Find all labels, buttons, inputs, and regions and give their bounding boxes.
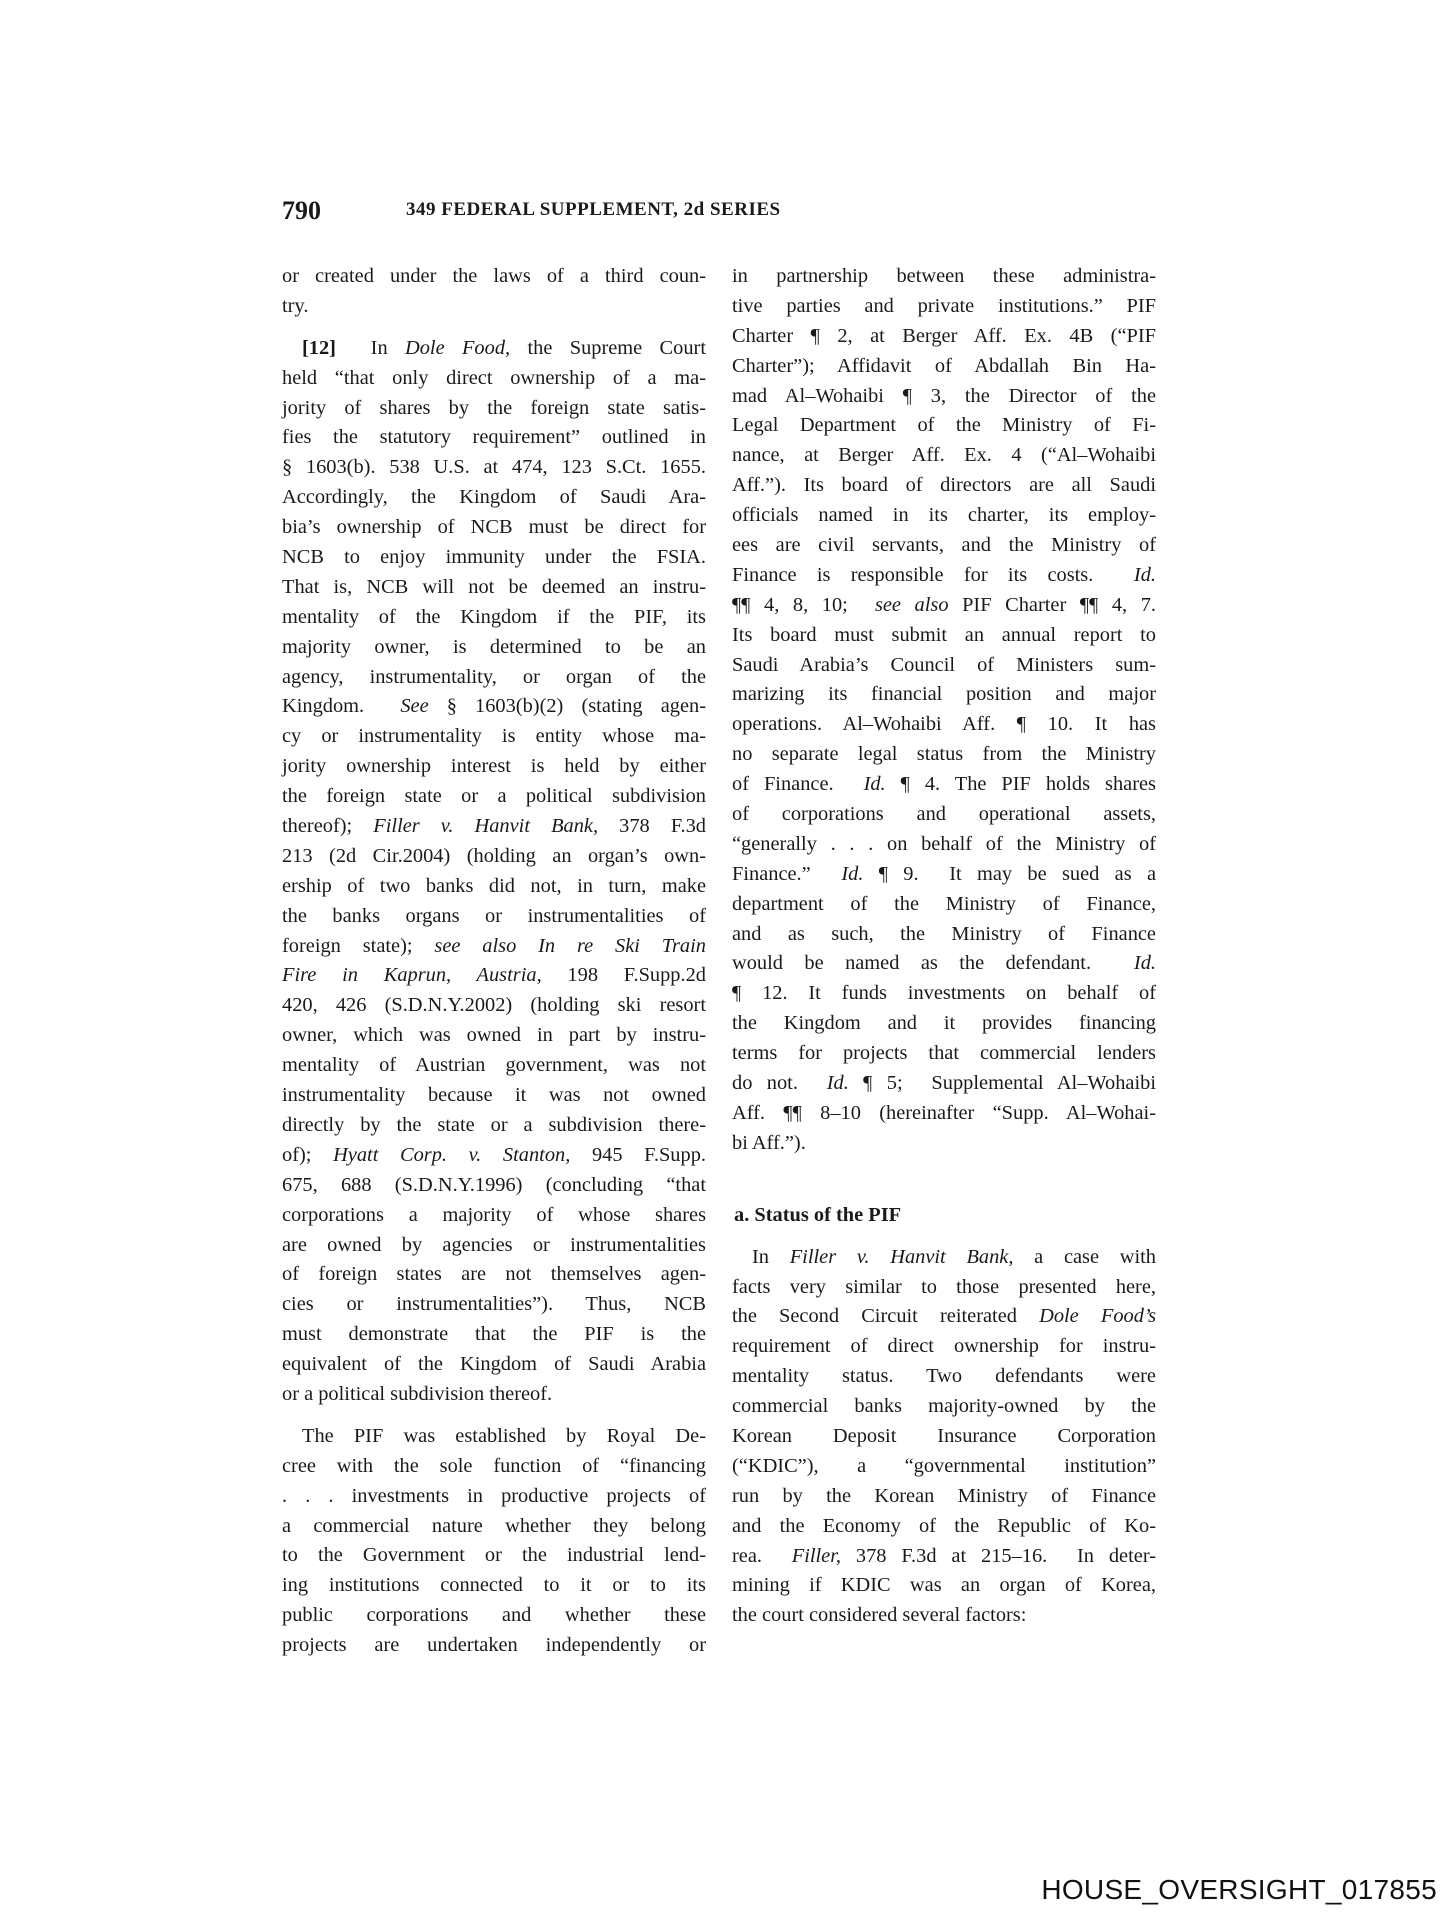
text-line: officials named in its charter, its empl…: [732, 501, 1156, 531]
page-number: 790: [282, 196, 321, 226]
text-line: 675, 688 (S.D.N.Y.1996) (concluding “tha…: [282, 1171, 706, 1201]
text-line: must demonstrate that the PIF is the: [282, 1320, 706, 1350]
text-line: of corporations and operational assets,: [732, 800, 1156, 830]
text-line: of Finance. Id. ¶ 4. The PIF holds share…: [732, 770, 1156, 800]
text-line: ees are civil servants, and the Ministry…: [732, 531, 1156, 561]
text-line: Charter ¶ 2, at Berger Aff. Ex. 4B (“PIF: [732, 322, 1156, 352]
bates-number: HOUSE_OVERSIGHT_017855: [1041, 1874, 1437, 1906]
text-line: Kingdom. See § 1603(b)(2) (stating agen-: [282, 692, 706, 722]
text-line: In Filler v. Hanvit Bank, a case with: [732, 1243, 1156, 1273]
text-line: no separate legal status from the Minist…: [732, 740, 1156, 770]
text-line: (“KDIC”), a “governmental institution”: [732, 1452, 1156, 1482]
text-line: That is, NCB will not be deemed an instr…: [282, 573, 706, 603]
text-line: Legal Department of the Ministry of Fi-: [732, 411, 1156, 441]
text-line: mad Al–Wohaibi ¶ 3, the Director of the: [732, 382, 1156, 412]
text-line: or created under the laws of a third cou…: [282, 262, 706, 292]
text-line: instrumentality because it was not owned: [282, 1081, 706, 1111]
text-line: directly by the state or a subdivision t…: [282, 1111, 706, 1141]
text-line: tive parties and private institutions.” …: [732, 292, 1156, 322]
text-line: would be named as the defendant. Id.: [732, 949, 1156, 979]
text-line: 213 (2d Cir.2004) (holding an organ’s ow…: [282, 842, 706, 872]
text-line: facts very similar to those presented he…: [732, 1273, 1156, 1303]
text-line: Aff. ¶¶ 8–10 (hereinafter “Supp. Al–Woha…: [732, 1099, 1156, 1129]
text-line: mentality of Austrian government, was no…: [282, 1051, 706, 1081]
text-line: mentality status. Two defendants were: [732, 1362, 1156, 1392]
text-line: ership of two banks did not, in turn, ma…: [282, 872, 706, 902]
text-line: ¶ 12. It funds investments on behalf of: [732, 979, 1156, 1009]
section-heading: a. Status of the PIF: [732, 1201, 1156, 1231]
text-line: Korean Deposit Insurance Corporation: [732, 1422, 1156, 1452]
text-line: department of the Ministry of Finance,: [732, 890, 1156, 920]
text-line: mentality of the Kingdom if the PIF, its: [282, 603, 706, 633]
text-line: run by the Korean Ministry of Finance: [732, 1482, 1156, 1512]
paragraph-gap: [282, 1410, 706, 1422]
text-line: the Kingdom and it provides financing: [732, 1009, 1156, 1039]
text-line: of foreign states are not themselves age…: [282, 1260, 706, 1290]
text-line: the Second Circuit reiterated Dole Food’…: [732, 1302, 1156, 1332]
text-line: cy or instrumentality is entity whose ma…: [282, 722, 706, 752]
text-line: public corporations and whether these: [282, 1601, 706, 1631]
text-line: bia’s ownership of NCB must be direct fo…: [282, 513, 706, 543]
text-line: do not. Id. ¶ 5; Supplemental Al–Wohaibi: [732, 1069, 1156, 1099]
text-line: ing institutions connected to it or to i…: [282, 1571, 706, 1601]
heading-gap: [732, 1159, 1156, 1201]
text-line: fies the statutory requirement” outlined…: [282, 423, 706, 453]
text-line: to the Government or the industrial lend…: [282, 1541, 706, 1571]
text-line: jority of shares by the foreign state sa…: [282, 394, 706, 424]
text-line: projects are undertaken independently or: [282, 1631, 706, 1661]
text-line: and as such, the Ministry of Finance: [732, 920, 1156, 950]
text-line: operations. Al–Wohaibi Aff. ¶ 10. It has: [732, 710, 1156, 740]
text-line: nance, at Berger Aff. Ex. 4 (“Al–Wohaibi: [732, 441, 1156, 471]
text-line: foreign state); see also In re Ski Train: [282, 932, 706, 962]
text-line: Fire in Kaprun, Austria, 198 F.Supp.2d: [282, 961, 706, 991]
text-line: and the Economy of the Republic of Ko-: [732, 1512, 1156, 1542]
text-line: Finance.” Id. ¶ 9. It may be sued as a: [732, 860, 1156, 890]
text-line: the court considered several factors:: [732, 1601, 1156, 1631]
text-line: marizing its financial position and majo…: [732, 680, 1156, 710]
text-line: majority owner, is determined to be an: [282, 633, 706, 663]
text-line: agency, instrumentality, or organ of the: [282, 663, 706, 693]
text-line: § 1603(b). 538 U.S. at 474, 123 S.Ct. 16…: [282, 453, 706, 483]
text-line: the foreign state or a political subdivi…: [282, 782, 706, 812]
text-line: . . . investments in productive projects…: [282, 1482, 706, 1512]
text-line: Aff.”). Its board of directors are all S…: [732, 471, 1156, 501]
text-line: of); Hyatt Corp. v. Stanton, 945 F.Supp.: [282, 1141, 706, 1171]
text-line: bi Aff.”).: [732, 1129, 1156, 1159]
text-line: ¶¶ 4, 8, 10; see also PIF Charter ¶¶ 4, …: [732, 591, 1156, 621]
text-line: terms for projects that commercial lende…: [732, 1039, 1156, 1069]
text-line: rea. Filler, 378 F.3d at 215–16. In dete…: [732, 1542, 1156, 1572]
text-line: Charter”); Affidavit of Abdallah Bin Ha-: [732, 352, 1156, 382]
text-line: try.: [282, 292, 706, 322]
text-line: cies or instrumentalities”). Thus, NCB: [282, 1290, 706, 1320]
text-line: thereof); Filler v. Hanvit Bank, 378 F.3…: [282, 812, 706, 842]
running-head: 349 FEDERAL SUPPLEMENT, 2d SERIES: [406, 199, 781, 221]
text-line: mining if KDIC was an organ of Korea,: [732, 1571, 1156, 1601]
text-line: held “that only direct ownership of a ma…: [282, 364, 706, 394]
text-line: commercial banks majority-owned by the: [732, 1392, 1156, 1422]
text-line: Finance is responsible for its costs. Id…: [732, 561, 1156, 591]
right-column: in partnership between these administra-…: [732, 262, 1156, 1631]
text-line: Its board must submit an annual report t…: [732, 621, 1156, 651]
text-line: corporations a majority of whose shares: [282, 1201, 706, 1231]
text-line: owner, which was owned in part by instru…: [282, 1021, 706, 1051]
text-line: jority ownership interest is held by eit…: [282, 752, 706, 782]
left-column: or created under the laws of a third cou…: [282, 262, 706, 1661]
text-line: or a political subdivision thereof.: [282, 1380, 706, 1410]
text-line: the banks organs or instrumentalities of: [282, 902, 706, 932]
text-line: NCB to enjoy immunity under the FSIA.: [282, 543, 706, 573]
text-line: equivalent of the Kingdom of Saudi Arabi…: [282, 1350, 706, 1380]
text-line: The PIF was established by Royal De-: [282, 1422, 706, 1452]
text-line: Saudi Arabia’s Council of Ministers sum-: [732, 651, 1156, 681]
text-line: are owned by agencies or instrumentaliti…: [282, 1231, 706, 1261]
text-line: 420, 426 (S.D.N.Y.2002) (holding ski res…: [282, 991, 706, 1021]
text-line: in partnership between these administra-: [732, 262, 1156, 292]
text-line: Accordingly, the Kingdom of Saudi Ara-: [282, 483, 706, 513]
text-line: “generally . . . on behalf of the Minist…: [732, 830, 1156, 860]
text-line: [12] In Dole Food, the Supreme Court: [282, 334, 706, 364]
text-line: cree with the sole function of “financin…: [282, 1452, 706, 1482]
paragraph-gap: [732, 1231, 1156, 1243]
text-line: requirement of direct ownership for inst…: [732, 1332, 1156, 1362]
text-line: a commercial nature whether they belong: [282, 1512, 706, 1542]
paragraph-gap: [282, 322, 706, 334]
